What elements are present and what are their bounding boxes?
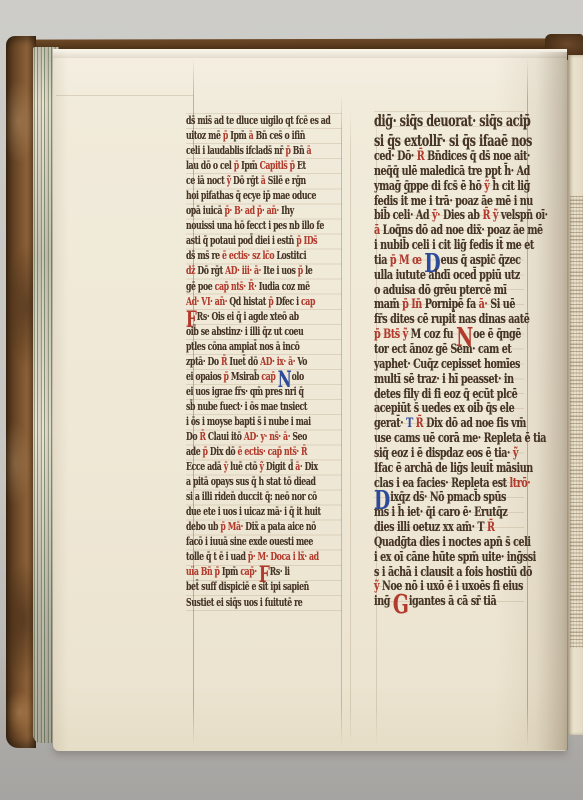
manuscript-line: uïa Bn̄ p̄ Ipm̄ cap̄· FRs· li bbox=[186, 564, 342, 579]
text-segment: acepiūt s̄ uedes ex oib̄ q̄s ele bbox=[374, 401, 514, 416]
text-segment: cap̄· bbox=[240, 564, 259, 578]
manuscript-text: diḡ· siq̄s deuorat· siq̄s acip̄si q̄s e… bbox=[374, 111, 522, 610]
text-segment: ade bbox=[186, 444, 203, 458]
manuscript-line: Ad· VI· an̄· Qd histat p̄ Dfec i cap bbox=[186, 294, 342, 309]
text-segment: Claui itō bbox=[208, 429, 244, 443]
text-segment: Ecce adā bbox=[186, 459, 224, 473]
text-segment: asti q̄ potaui pod̄ diei i estn̄ bbox=[186, 233, 296, 247]
manuscript-line: i nubib̄ celi i cit liḡ fedis it̄ me et bbox=[374, 239, 522, 254]
manuscript-line: ds̄ ms̄ re ē ectis· sz lc̄o Lostitci bbox=[186, 248, 342, 263]
illuminated-initial: G bbox=[393, 591, 409, 621]
text-segment: ā bbox=[261, 173, 268, 187]
text-segment: p̄· B· ad p̄· an̄· bbox=[224, 203, 281, 217]
text-segment: oib̄ se abstinz· i illi q̄z ut coeu bbox=[186, 324, 303, 338]
manuscript-line: opā iuicā p̄· B· ad p̄· an̄· Ihy bbox=[186, 203, 342, 218]
text-segment: Rs· li bbox=[270, 564, 290, 578]
text-segment: hoi pifathas q̄ ecye ip̄ mae oduce bbox=[186, 188, 316, 202]
text-segment: Seo bbox=[292, 429, 307, 443]
text-segment: ulla iutute ahdī oced̄ ppiū utz bbox=[374, 268, 520, 283]
text-segment: igantes ā cā sr̄ tiā bbox=[409, 594, 496, 609]
text-segment: M coz fu bbox=[411, 327, 456, 342]
manuscript-line: Ifac ē archā de liḡs leuit̄ māsiun bbox=[374, 462, 522, 477]
text-segment: ỹ bbox=[484, 179, 492, 194]
text-segment: T bbox=[406, 416, 416, 431]
text-segment: lau dō o cel bbox=[186, 158, 234, 172]
manuscript-line: ade p̄ Dix dō ē ectis· cap̄ nts̄· R̄ bbox=[186, 444, 342, 459]
manuscript-line: dies illi oetuz xx am̄· T R̄ bbox=[374, 521, 522, 536]
text-segment: Vo bbox=[297, 354, 307, 368]
ruling-line-top bbox=[56, 95, 193, 96]
text-segment: cap bbox=[301, 294, 315, 308]
text-segment: ỹ bbox=[374, 579, 382, 594]
manuscript-line: p̄ Bts̄ ỹ M coz fu Noe ē q̄ngē bbox=[374, 328, 522, 343]
manuscript-line: zptā· Do R̄ Iuet̄ dō AD· ix· ā· Vo bbox=[186, 354, 342, 369]
manuscript-line: gē poe cap̄ nts̄· R̄· Iudia coz mē bbox=[186, 279, 342, 294]
text-segment: ixq̄z ds̄· Nō pmacb̄ spūs bbox=[390, 490, 506, 505]
text-segment: R̄ bbox=[487, 520, 495, 535]
text-segment: facō i iuuā sine exde ouesti mee bbox=[186, 534, 313, 548]
manuscript-line: i ex oī cāne hūte spm̄ uite· inḡssi bbox=[374, 551, 522, 566]
manuscript-line: bib̄ celi· Ad ȳ· Dies ab R̄ ỹ velspn̄ oī… bbox=[374, 209, 522, 224]
text-segment: Loq̄ns dō ad noe dix̄· poaz āe mē bbox=[383, 223, 543, 238]
manuscript-line: siq̄ eoz i ē dispdaz eos ē tia· ỹ bbox=[374, 447, 522, 462]
text-segment: Silē e rḡn bbox=[268, 173, 306, 187]
text-segment: i ōs i moyse bapti s̄ i nube i mai bbox=[186, 414, 311, 428]
text-segment: Dfec i bbox=[276, 294, 301, 308]
text-segment: Ipm̄ bbox=[222, 564, 240, 578]
text-segment: ā bbox=[307, 143, 312, 157]
text-segment: cap̄ bbox=[261, 369, 277, 383]
manuscript-line: nouissi una hō fecct i pes nb illo fe bbox=[186, 218, 342, 233]
ruling-line-intercolumn-2 bbox=[350, 110, 351, 746]
manuscript-line: lau dō o cel p̄ Ipm̄ Capitls̄ p̄ Et bbox=[186, 158, 342, 173]
text-segment: Sustiet ei siq̄s uos i fuitutē re bbox=[186, 595, 302, 609]
text-segment: fedis it̄ me i trā· poaz āe mē i nu bbox=[374, 194, 533, 209]
text-segment: R̄ ỹ bbox=[482, 208, 500, 223]
manuscript-line: fr̄s dites cē rupit̄ nas dinas aatē bbox=[374, 313, 522, 328]
page-top-edge bbox=[53, 49, 567, 58]
manuscript-line: celi i laudablis ifclads̄ nr̄ p̄ Bn̄ ā bbox=[186, 143, 342, 158]
text-segment: i nubib̄ celi i cit liḡ fedis it̄ me et bbox=[374, 238, 534, 253]
manuscript-line: ced̄· Dō· R̄ Bn̄dices q̄ ds̄ noe ait· bbox=[374, 150, 522, 165]
text-segment: p̄ In̄ bbox=[402, 297, 425, 312]
gutter-shadow bbox=[536, 52, 568, 750]
manuscript-line: ymaḡ q̄ppe di fcs̄ ē hō ỹ h̄ cit liḡ bbox=[374, 180, 522, 195]
text-segment: ā· bbox=[479, 297, 491, 312]
text-segment: ā· bbox=[295, 459, 304, 473]
manuscript-line: sb̄ nube fuect· i ōs mae tnsiect bbox=[186, 399, 342, 414]
manuscript-line: inḡ Gigantes ā cā sr̄ tiā bbox=[374, 595, 522, 610]
text-segment: detes fily di fi eoz q̄ ecūt plcē bbox=[374, 387, 517, 402]
manuscript-line: multī sē traz· i hī peasset· in bbox=[374, 373, 522, 388]
manuscript-line: acepiūt s̄ uedes ex oib̄ q̄s ele bbox=[374, 402, 522, 417]
text-segment: R̄ bbox=[417, 149, 427, 164]
text-segment: p̄ M œ bbox=[390, 253, 425, 268]
manuscript-line: bet̄ suff dispiciē e sit ipi sapien̄ bbox=[186, 579, 342, 594]
text-segment: ē ectis· sz lc̄o bbox=[222, 248, 276, 262]
text-segment: siq̄ eoz i ē dispdaz eos ē tia· bbox=[374, 446, 513, 461]
manuscript-line: neq̄q̄ ulē maledicā tre ppt h̄· Ad bbox=[374, 165, 522, 180]
text-segment: R̄ bbox=[221, 354, 229, 368]
manuscript-text: ds̄ mis̄ ad te dluce uigilo qt fcē es ad… bbox=[186, 113, 342, 610]
text-segment: si q̄s extollr̄· si q̄s ifaaē nos bbox=[374, 131, 532, 150]
manuscript-line: facō i iuuā sine exde ouesti mee bbox=[186, 534, 342, 549]
text-segment: Dix dō bbox=[210, 444, 238, 458]
text-segment: yaphet· Cuq̄z cepisset homīes bbox=[374, 357, 520, 372]
text-segment: uitoz mē bbox=[186, 128, 223, 142]
manuscript-line: i ōs i moyse bapti s̄ i nube i mai bbox=[186, 414, 342, 429]
text-segment: p̄ bbox=[285, 143, 292, 157]
text-segment: ce iā noct bbox=[186, 173, 227, 187]
manuscript-line: Do R̄ Claui itō AD· y· ns̄· ā· Seo bbox=[186, 429, 342, 444]
text-segment: Ihy bbox=[281, 203, 294, 217]
text-segment: Lostitci bbox=[276, 248, 306, 262]
manuscript-line: ei opaios p̄ Msirab̄ cap̄ Nolo bbox=[186, 369, 342, 384]
text-segment: cap̄ nts̄· R̄· bbox=[215, 279, 259, 293]
manuscript-line: dz̄ Dō rḡt AD· iii· ā· Ite i uos p̄ le bbox=[186, 263, 342, 278]
text-segment: i ex oī cāne hūte spm̄ uite· inḡssi bbox=[374, 550, 536, 565]
text-segment: ms i h̄ iet· q̄i caro ē· Erutq̄z bbox=[374, 505, 507, 520]
manuscript-line: oib̄ se abstinz· i illi q̄z ut coeu bbox=[186, 324, 342, 339]
text-segment: Msirab̄ bbox=[231, 369, 261, 383]
text-segment: a pitā opays sus q̄ h stat tō diead bbox=[186, 474, 316, 488]
manuscript-line: diḡ· siq̄s deuorat· siq̄s acip̄ bbox=[374, 111, 522, 131]
text-segment: tor ect ānoz gē Sem· cam et bbox=[374, 342, 511, 357]
text-segment: p̄· M· Doca i lx̄· ad bbox=[248, 549, 319, 563]
text-segment: use cams uē corā me· Repleta ē tia bbox=[374, 431, 546, 446]
text-segment: neq̄q̄ ulē maledicā tre ppt h̄· Ad bbox=[374, 164, 530, 179]
text-segment: Dies ab bbox=[443, 208, 483, 223]
text-segment: p̄ bbox=[223, 128, 230, 142]
text-segment: si a illi riden̄ duccit q̄: neō nor cō bbox=[186, 489, 317, 503]
text-segment: Bn̄dices q̄ ds̄ noe ait· bbox=[427, 149, 530, 164]
text-segment: clas i ea facies· Repleta est bbox=[374, 476, 510, 491]
text-segment: ā bbox=[249, 128, 256, 142]
text-segment: ei opaios bbox=[186, 369, 224, 383]
text-segment: ymaḡ q̄ppe di fcs̄ ē hō bbox=[374, 179, 484, 194]
text-segment: Dō rḡt bbox=[233, 173, 261, 187]
text-segment: o aduisa dō grēu ptercē mī bbox=[374, 283, 507, 298]
text-segment: Qd histat bbox=[229, 294, 268, 308]
manuscript-line: hoi pifathas q̄ ecye ip̄ mae oduce bbox=[186, 188, 342, 203]
text-segment: Dix bbox=[305, 459, 318, 473]
text-segment: Digit d̄ bbox=[266, 459, 295, 473]
book-spine-leather bbox=[6, 36, 36, 748]
text-segment: debo ub bbox=[186, 519, 220, 533]
text-segment: Et bbox=[297, 158, 306, 172]
manuscript-line: Sustiet ei siq̄s uos i fuitutē re bbox=[186, 595, 342, 610]
text-segment: eus q̄ aspic̄ q̄zec bbox=[441, 253, 521, 268]
manuscript-line: Quadḡta dies i noctes apn̄ s̄ celi bbox=[374, 536, 522, 551]
manuscript-line: s i āchā i clausit a fois hostiū dō bbox=[374, 566, 522, 581]
text-segment: olo bbox=[292, 369, 304, 383]
text-segment: bet̄ suff dispiciē e sit ipi sapien̄ bbox=[186, 579, 309, 593]
manuscript-line: ds̄ mis̄ ad te dluce uigilo qt fcē es ad bbox=[186, 113, 342, 128]
text-segment: AD· ix· ā· bbox=[260, 354, 297, 368]
text-segment: multī sē traz· i hī peasset· in bbox=[374, 372, 514, 387]
manuscript-line: asti q̄ potaui pod̄ diei i estn̄ p̄ IDs̄ bbox=[186, 233, 342, 248]
text-segment: oe ē q̄ngē bbox=[473, 327, 521, 342]
text-segment: tia bbox=[374, 253, 390, 268]
manuscript-line: ms i h̄ iet· q̄i caro ē· Erutq̄z bbox=[374, 506, 522, 521]
text-segment: Iuet̄ dō bbox=[229, 354, 260, 368]
text-segment: p̄ IDs̄ bbox=[296, 233, 317, 247]
text-segment: p̄ bbox=[224, 369, 231, 383]
text-segment: Ite i uos bbox=[263, 263, 298, 277]
text-segment: luē ctō bbox=[230, 459, 259, 473]
manuscript-line: ce iā noct ỹ Dō rḡt ā Silē e rḡn bbox=[186, 173, 342, 188]
text-segment: Dix̄ a pata aice nō bbox=[245, 519, 316, 533]
text-segment: p̄ bbox=[203, 444, 210, 458]
text-segment: R̄ bbox=[199, 429, 207, 443]
text-segment: Ipm̄ bbox=[230, 128, 248, 142]
text-segment: Ipm̄ bbox=[241, 158, 259, 172]
text-segment: le bbox=[305, 263, 312, 277]
text-segment: diḡ· siq̄s deuorat· siq̄s acip̄ bbox=[374, 111, 530, 130]
text-segment: Dō rḡt bbox=[197, 263, 225, 277]
text-segment: due ete i uos i uicaz mā· i q̄ it huit bbox=[186, 504, 321, 518]
manuscript-photo: ds̄ mis̄ ad te dluce uigilo qt fcē es ad… bbox=[0, 0, 583, 800]
text-segment: Pornipē fa bbox=[425, 297, 479, 312]
text-segment: ltrō· bbox=[510, 476, 531, 491]
text-segment: s i āchā i clausit a fois hostiū dō bbox=[374, 565, 532, 580]
manuscript-line: tor ect ānoz gē Sem· cam et bbox=[374, 343, 522, 358]
manuscript-line: use cams uē corā me· Repleta ē tia bbox=[374, 432, 522, 447]
text-segment: gerat̄· bbox=[374, 416, 406, 431]
text-segment: AD· y· ns̄· ā· bbox=[244, 429, 292, 443]
text-segment: h̄ cit liḡ bbox=[492, 179, 530, 194]
text-segment: Si uē bbox=[490, 297, 515, 312]
text-segment: Iudia coz mē bbox=[259, 279, 310, 293]
text-segment: Rs· Ois ei q̄ i agde xteō ab bbox=[197, 309, 299, 323]
text-segment: uïa Bn̄ p̄ bbox=[186, 564, 222, 578]
text-segment: Bn̄ ces̄ o ifin̄ bbox=[256, 128, 305, 142]
text-segment: R̄ bbox=[416, 416, 426, 431]
text-segment: fr̄s dites cē rupit̄ nas dinas aatē bbox=[374, 312, 529, 327]
manuscript-line: uitoz mē p̄ Ipm̄ ā Bn̄ ces̄ o ifin̄ bbox=[186, 128, 342, 143]
manuscript-line: ei uos igrae fr̄s· qm̄ pres nri q̄ bbox=[186, 384, 342, 399]
text-segment: ā bbox=[374, 223, 383, 238]
text-segment: dies illi oetuz xx am̄· T bbox=[374, 520, 487, 535]
text-segment: p̄ Bts̄ ỹ bbox=[374, 327, 411, 342]
manuscript-line: gerat̄· T R̄ Dix dō ad noe fis vm̄ bbox=[374, 417, 522, 432]
manuscript-line: debo ub p̄ Mā· Dix̄ a pata aice nō bbox=[186, 519, 342, 534]
manuscript-line: yaphet· Cuq̄z cepisset homīes bbox=[374, 358, 522, 373]
text-column-right: diḡ· siq̄s deuorat· siq̄s acip̄si q̄s e… bbox=[374, 111, 524, 613]
facing-page-text-edge bbox=[570, 196, 583, 648]
manuscript-line: si a illi riden̄ duccit q̄: neō nor cō bbox=[186, 489, 342, 504]
text-segment: ds̄ ms̄ re bbox=[186, 248, 222, 262]
text-segment: Quadḡta dies i noctes apn̄ s̄ celi bbox=[374, 535, 531, 550]
text-segment: mam̄ bbox=[374, 297, 402, 312]
text-column-left: ds̄ mis̄ ad te dluce uigilo qt fcē es ad… bbox=[186, 113, 342, 612]
text-segment: sb̄ nube fuect· i ōs mae tnsiect bbox=[186, 399, 307, 413]
text-segment: ds̄ mis̄ ad te dluce uigilo qt fcē es ad bbox=[186, 113, 330, 127]
text-segment: bib̄ celi· Ad bbox=[374, 208, 432, 223]
text-segment: Do bbox=[186, 429, 199, 443]
text-segment: zptā· Do bbox=[186, 354, 221, 368]
manuscript-line: ulla iutute ahdī oced̄ ppiū utz bbox=[374, 269, 522, 284]
text-segment: nouissi una hō fecct i pes nb illo fe bbox=[186, 218, 324, 232]
text-segment: gē poe bbox=[186, 279, 215, 293]
manuscript-line: FRs· Ois ei q̄ i agde xteō ab bbox=[186, 309, 342, 324]
text-segment: Capitls̄ p̄ bbox=[260, 158, 297, 172]
manuscript-line: due ete i uos i uicaz mā· i q̄ it huit bbox=[186, 504, 342, 519]
text-segment: inḡ bbox=[374, 594, 393, 609]
text-segment: ỹ bbox=[513, 446, 518, 461]
manuscript-line: ptles cōna ampiat̄ nos ā incō bbox=[186, 339, 342, 354]
text-segment: ptles cōna ampiat̄ nos ā incō bbox=[186, 339, 299, 353]
text-segment: p̄ Mā· bbox=[220, 519, 245, 533]
text-segment: ȳ· bbox=[432, 208, 443, 223]
text-segment: Dix dō ad noe fis vm̄ bbox=[426, 416, 526, 431]
text-segment: celi i laudablis ifclads̄ nr̄ bbox=[186, 143, 285, 157]
text-segment: Ad· VI· an̄· bbox=[186, 294, 229, 308]
text-segment: Ifac ē archā de liḡs leuit̄ māsiun bbox=[374, 461, 533, 476]
text-segment: tolle q̄ t ē i uad bbox=[186, 549, 248, 563]
text-segment: ced̄· Dō· bbox=[374, 149, 417, 164]
manuscript-line: ā Loq̄ns dō ad noe dix̄· poaz āe mē bbox=[374, 224, 522, 239]
text-segment: AD· iii· ā· bbox=[225, 263, 263, 277]
text-segment: Bn̄ bbox=[293, 143, 307, 157]
manuscript-line: si q̄s extollr̄· si q̄s ifaaē nos bbox=[374, 131, 522, 151]
text-segment: opā iuicā bbox=[186, 203, 224, 217]
text-segment: ei uos igrae fr̄s· qm̄ pres nri q̄ bbox=[186, 384, 303, 398]
text-segment: p̄ bbox=[234, 158, 241, 172]
manuscript-line: tia p̄ M œ Deus q̄ aspic̄ q̄zec bbox=[374, 254, 522, 269]
text-segment: dz̄ bbox=[186, 263, 197, 277]
text-segment: ē ectis· cap̄ nts̄· R̄ bbox=[238, 444, 308, 458]
manuscript-line: Ecce adā ȳ luē ctō ỹ Digit d̄ ā· Dix bbox=[186, 459, 342, 474]
manuscript-line: a pitā opays sus q̄ h stat tō diead bbox=[186, 474, 342, 489]
